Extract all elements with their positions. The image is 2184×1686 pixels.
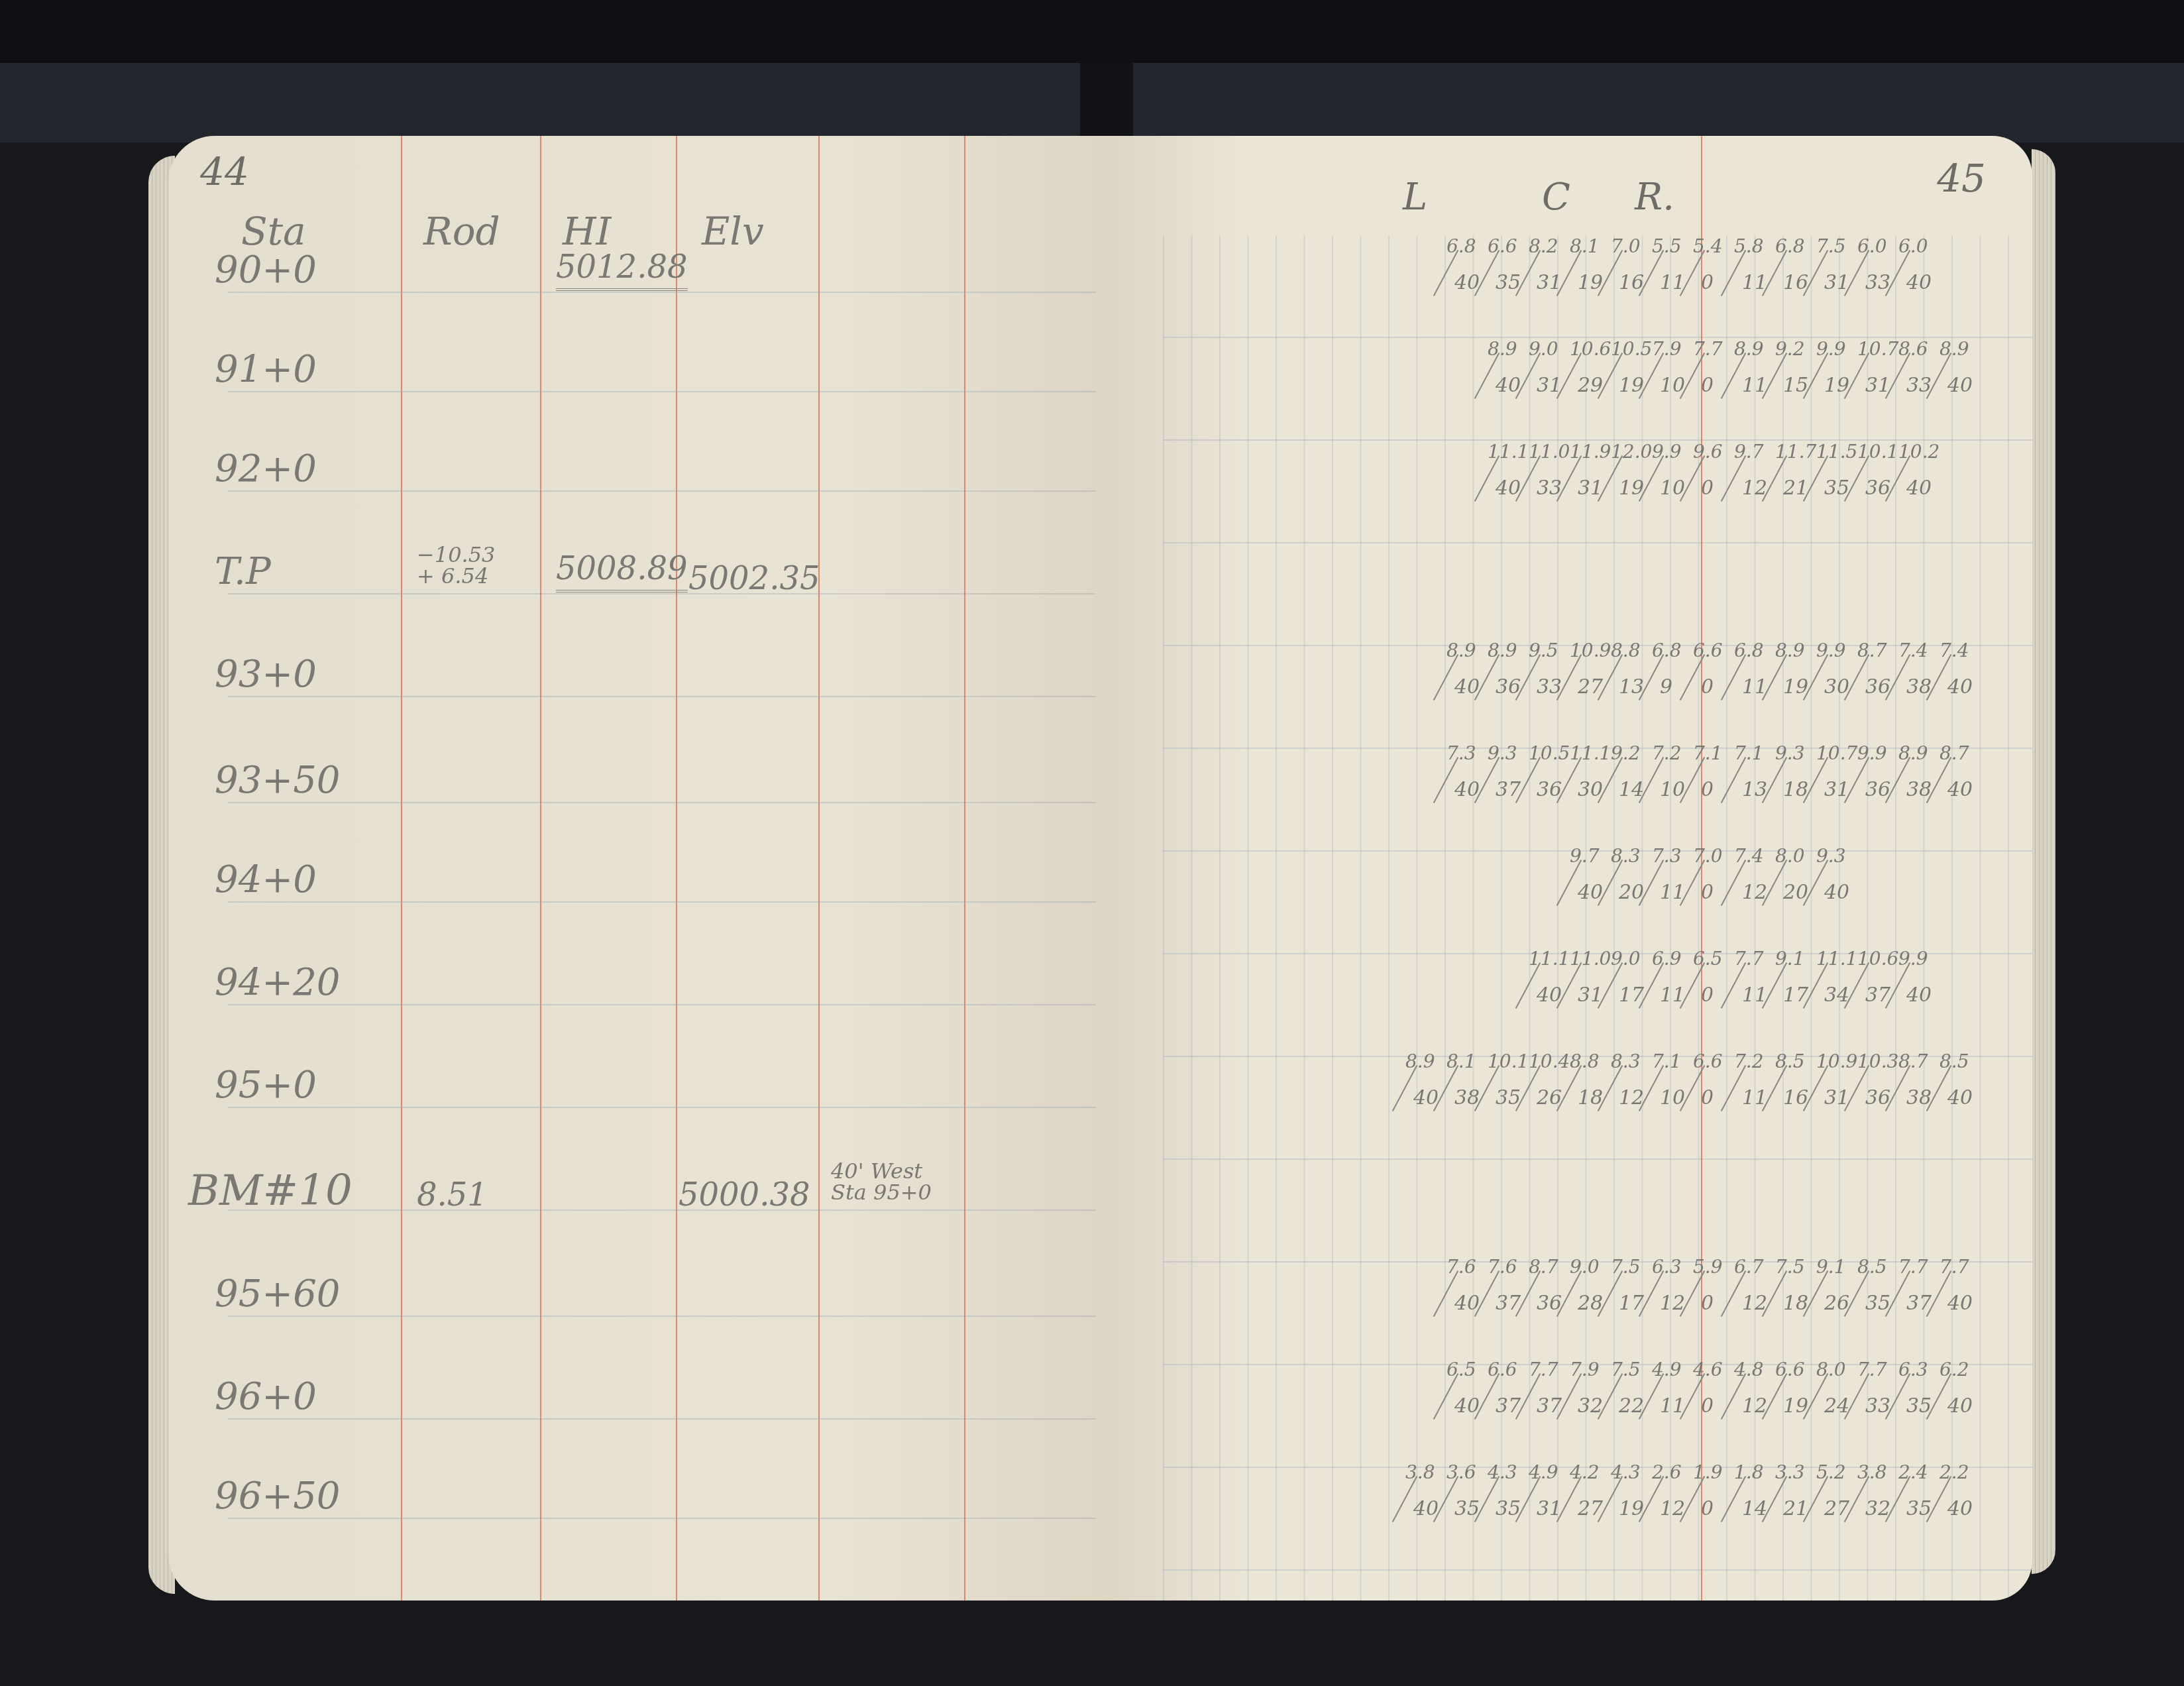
rod-height: 10.1 xyxy=(1488,1050,1529,1072)
ruled-line xyxy=(228,391,1096,392)
rod-height: 10.2 xyxy=(1898,441,1939,463)
rod-height: 7.5 xyxy=(1611,1256,1641,1278)
grade-reading: 8.540 xyxy=(1934,1050,1977,1130)
grade-reading: 9.712 xyxy=(1729,441,1771,520)
rod-height: 4.3 xyxy=(1488,1461,1517,1483)
rod-height: 9.9 xyxy=(1857,742,1887,764)
rod-height: 6.6 xyxy=(1693,640,1723,661)
offset-distance: 40 xyxy=(1824,881,1849,904)
grade-reading: 2.240 xyxy=(1934,1461,1977,1541)
grade-reading: 7.733 xyxy=(1852,1359,1894,1438)
rod-height: 8.6 xyxy=(1898,338,1928,360)
grade-reading: 7.438 xyxy=(1893,640,1936,719)
rod-height: 7.1 xyxy=(1734,742,1764,764)
offset-distance: 40 xyxy=(1906,271,1932,294)
cross-section-row-94-0: 9.7408.3207.3117.007.4128.0209.340 xyxy=(1105,845,2032,925)
grade-reading: 8.911 xyxy=(1729,338,1771,418)
offset-distance: 0 xyxy=(1701,881,1714,904)
station-label: T.P xyxy=(215,550,271,593)
grade-reading: 6.637 xyxy=(1482,1359,1525,1438)
ruled-line xyxy=(228,1418,1096,1420)
rod-foresight: + 6.54 xyxy=(417,565,488,587)
offset-distance: 0 xyxy=(1701,1086,1714,1109)
header-center: C xyxy=(1542,176,1570,219)
grade-reading: 4.812 xyxy=(1729,1359,1771,1438)
grade-reading: 1.90 xyxy=(1688,1461,1730,1541)
rod-height: 4.9 xyxy=(1529,1461,1558,1483)
offset-distance: 40 xyxy=(1947,1292,1973,1315)
cross-section-row-96-50: 3.8403.6354.3354.9314.2274.3192.6121.901… xyxy=(1105,1461,2032,1541)
grade-reading: 9.215 xyxy=(1770,338,1812,418)
rod-height: 1.9 xyxy=(1693,1461,1723,1483)
rod-height: 7.2 xyxy=(1652,742,1682,764)
rod-height: 9.1 xyxy=(1775,948,1805,970)
rod-height: 2.2 xyxy=(1939,1461,1969,1483)
grade-reading: 8.516 xyxy=(1770,1050,1812,1130)
grade-reading: 11.140 xyxy=(1523,948,1566,1027)
rod-height: 9.5 xyxy=(1529,640,1558,661)
offset-distance: 40 xyxy=(1906,477,1932,500)
ruled-line xyxy=(228,1209,1096,1211)
rod-height: 8.8 xyxy=(1611,640,1641,661)
grade-reading: 7.910 xyxy=(1647,338,1689,418)
grade-reading: 7.518 xyxy=(1770,1256,1812,1335)
grade-reading: 9.533 xyxy=(1523,640,1566,719)
grade-reading: 7.311 xyxy=(1647,845,1689,925)
grade-reading: 11.535 xyxy=(1811,441,1853,520)
grade-reading: 3.832 xyxy=(1852,1461,1894,1541)
station-label: BM#10 xyxy=(188,1166,353,1215)
open-notebook: 44 Sta Rod HI Elv 90+05012.8891+092+0T.P… xyxy=(154,136,2049,1601)
rod-height: 10.6 xyxy=(1857,948,1898,970)
grade-reading: 9.318 xyxy=(1770,742,1812,822)
grade-reading: 8.818 xyxy=(1564,1050,1607,1130)
rod-height: 8.8 xyxy=(1570,1050,1600,1072)
grade-reading: 10.136 xyxy=(1852,441,1894,520)
rod-height: 7.5 xyxy=(1775,1256,1805,1278)
grade-reading: 12.019 xyxy=(1606,441,1648,520)
rod-height: 7.6 xyxy=(1488,1256,1517,1278)
rod-height: 8.0 xyxy=(1775,845,1805,867)
rod-height: 6.0 xyxy=(1898,235,1928,257)
cross-section-row-90-0: 6.8406.6358.2318.1197.0165.5115.405.8116… xyxy=(1105,235,2032,315)
grade-reading: 11.130 xyxy=(1564,742,1607,822)
red-column-rule xyxy=(401,136,402,1601)
cross-section-row-96-0: 6.5406.6377.7377.9327.5224.9114.604.8126… xyxy=(1105,1359,2032,1438)
grade-reading: 7.10 xyxy=(1688,742,1730,822)
rod-height: 10.7 xyxy=(1816,742,1857,764)
offset-distance: 0 xyxy=(1701,1394,1714,1418)
grade-reading: 3.635 xyxy=(1441,1461,1484,1541)
grade-reading: 8.940 xyxy=(1400,1050,1443,1130)
background-top xyxy=(0,0,2184,73)
grade-reading: 7.737 xyxy=(1523,1359,1566,1438)
rod-height: 8.7 xyxy=(1857,640,1887,661)
rod-height: 7.7 xyxy=(1529,1359,1558,1380)
rod-height: 8.9 xyxy=(1734,338,1764,360)
grade-reading: 6.040 xyxy=(1893,235,1936,315)
grade-reading: 8.940 xyxy=(1441,640,1484,719)
rod-height: 7.7 xyxy=(1734,948,1764,970)
height-of-instrument: 5012.88 xyxy=(556,249,688,291)
grade-reading: 6.712 xyxy=(1729,1256,1771,1335)
rod-height: 3.8 xyxy=(1405,1461,1435,1483)
grade-reading: 5.40 xyxy=(1688,235,1730,315)
grade-reading: 6.811 xyxy=(1729,640,1771,719)
bench-mark-note: 40' West xyxy=(831,1160,922,1182)
rod-height: 6.5 xyxy=(1693,948,1723,970)
grade-reading: 10.519 xyxy=(1606,338,1648,418)
rod-height: 9.0 xyxy=(1570,1256,1600,1278)
grade-reading: 8.312 xyxy=(1606,1050,1648,1130)
rod-height: 10.9 xyxy=(1570,640,1611,661)
grade-reading: 7.740 xyxy=(1934,1256,1977,1335)
rod-height: 10.4 xyxy=(1529,1050,1570,1072)
rod-height: 8.2 xyxy=(1529,235,1558,257)
rod-backsight: −10.53 xyxy=(417,543,495,566)
rod-height: 9.9 xyxy=(1652,441,1682,463)
grade-reading: 9.940 xyxy=(1893,948,1936,1027)
rod-height: 6.8 xyxy=(1652,640,1682,661)
station-label: 91+0 xyxy=(215,348,317,391)
rod-height: 5.4 xyxy=(1693,235,1723,257)
rod-height: 9.9 xyxy=(1898,948,1928,970)
rod-height: 6.8 xyxy=(1734,640,1764,661)
rod-height: 7.7 xyxy=(1939,1256,1969,1278)
grade-reading: 10.731 xyxy=(1811,742,1853,822)
grade-reading: 9.936 xyxy=(1852,742,1894,822)
grade-reading: 11.134 xyxy=(1811,948,1853,1027)
left-page-level-notes: 44 Sta Rod HI Elv 90+05012.8891+092+0T.P… xyxy=(168,136,1105,1601)
grade-reading: 10.426 xyxy=(1523,1050,1566,1130)
grade-reading: 8.633 xyxy=(1893,338,1936,418)
offset-distance: 0 xyxy=(1701,675,1714,699)
rod-height: 8.5 xyxy=(1775,1050,1805,1072)
grade-reading: 7.932 xyxy=(1564,1359,1607,1438)
grade-reading: 7.711 xyxy=(1729,948,1771,1027)
rod-height: 6.6 xyxy=(1693,1050,1723,1072)
rod-height: 5.8 xyxy=(1734,235,1764,257)
cross-section-row-93-0: 8.9408.9369.53310.9278.8136.896.606.8118… xyxy=(1105,640,2032,719)
offset-distance: 40 xyxy=(1947,675,1973,699)
rod-height: 9.2 xyxy=(1611,742,1641,764)
red-column-rule xyxy=(676,136,677,1601)
rod-height: 10.7 xyxy=(1857,338,1898,360)
rod-height: 10.9 xyxy=(1816,1050,1857,1072)
rod-height: 6.7 xyxy=(1734,1256,1764,1278)
ruled-line xyxy=(228,1518,1096,1519)
rod-height: 7.4 xyxy=(1734,845,1764,867)
grade-reading: 9.337 xyxy=(1482,742,1525,822)
grade-reading: 7.70 xyxy=(1688,338,1730,418)
grade-reading: 8.740 xyxy=(1934,742,1977,822)
grade-reading: 9.126 xyxy=(1811,1256,1853,1335)
grade-reading: 11.140 xyxy=(1482,441,1525,520)
grade-reading: 6.50 xyxy=(1688,948,1730,1027)
rod-height: 6.3 xyxy=(1652,1256,1682,1278)
rod-height: 5.2 xyxy=(1816,1461,1846,1483)
rod-height: 6.6 xyxy=(1488,1359,1517,1380)
grade-reading: 8.936 xyxy=(1482,640,1525,719)
grade-reading: 7.210 xyxy=(1647,742,1689,822)
offset-distance: 0 xyxy=(1701,271,1714,294)
right-page-cross-sections: 45 L C R. 6.8406.6358.2318.1197.0165.511… xyxy=(1105,136,2032,1601)
spine-clip xyxy=(1080,63,1133,146)
rod-height: 7.3 xyxy=(1447,742,1476,764)
rod-height: 11.7 xyxy=(1775,441,1816,463)
cross-section-row-95-0: 8.9408.13810.13510.4268.8188.3127.1106.6… xyxy=(1105,1050,2032,1130)
rod-height: 8.7 xyxy=(1529,1256,1558,1278)
grade-reading: 8.138 xyxy=(1441,1050,1484,1130)
ruled-line xyxy=(228,1107,1096,1108)
grade-reading: 9.919 xyxy=(1811,338,1853,418)
grade-reading: 6.89 xyxy=(1647,640,1689,719)
grade-reading: 8.738 xyxy=(1893,1050,1936,1130)
rod-height: 9.0 xyxy=(1611,948,1641,970)
grade-reading: 11.721 xyxy=(1770,441,1812,520)
page-number-left: 44 xyxy=(200,149,249,194)
grade-reading: 5.811 xyxy=(1729,235,1771,315)
grade-reading: 6.816 xyxy=(1770,235,1812,315)
grade-reading: 10.731 xyxy=(1852,338,1894,418)
offset-distance: 0 xyxy=(1701,374,1714,397)
grade-reading: 8.938 xyxy=(1893,742,1936,822)
grade-reading: 4.931 xyxy=(1523,1461,1566,1541)
station-label: 95+60 xyxy=(215,1272,340,1316)
station-label: 93+0 xyxy=(215,653,317,696)
rod-height: 12.0 xyxy=(1611,441,1652,463)
offset-distance: 40 xyxy=(1947,1086,1973,1109)
grade-reading: 5.511 xyxy=(1647,235,1689,315)
rod-height: 8.3 xyxy=(1611,1050,1641,1072)
cross-section-row-94-20: 11.14011.0319.0176.9116.507.7119.11711.1… xyxy=(1105,948,2032,1027)
grade-reading: 6.540 xyxy=(1441,1359,1484,1438)
rod-height: 11.1 xyxy=(1816,948,1857,970)
grade-reading: 8.320 xyxy=(1606,845,1648,925)
station-label: 96+0 xyxy=(215,1375,317,1418)
grade-reading: 2.612 xyxy=(1647,1461,1689,1541)
rod-height: 7.4 xyxy=(1898,640,1928,661)
offset-distance: 40 xyxy=(1947,1394,1973,1418)
rod-height: 2.6 xyxy=(1652,1461,1682,1483)
rod-height: 10.5 xyxy=(1611,338,1652,360)
rod-height: 6.3 xyxy=(1898,1359,1928,1380)
rod-height: 8.9 xyxy=(1898,742,1928,764)
rod-height: 3.3 xyxy=(1775,1461,1805,1483)
rod-height: 6.8 xyxy=(1447,235,1476,257)
grade-reading: 8.736 xyxy=(1523,1256,1566,1335)
grade-reading: 6.60 xyxy=(1688,1050,1730,1130)
station-label: 90+0 xyxy=(215,249,317,292)
red-column-rule xyxy=(540,136,541,1601)
rod-height: 8.9 xyxy=(1488,640,1517,661)
grade-reading: 9.017 xyxy=(1606,948,1648,1027)
grade-reading: 8.020 xyxy=(1770,845,1812,925)
grade-reading: 7.517 xyxy=(1606,1256,1648,1335)
grade-reading: 6.312 xyxy=(1647,1256,1689,1335)
grade-reading: 8.231 xyxy=(1523,235,1566,315)
rod-height: 4.6 xyxy=(1693,1359,1723,1380)
header-elv: Elv xyxy=(702,209,764,254)
grade-reading: 6.033 xyxy=(1852,235,1894,315)
rod-height: 4.3 xyxy=(1611,1461,1641,1483)
station-label: 94+20 xyxy=(215,961,340,1004)
grade-reading: 9.740 xyxy=(1564,845,1607,925)
red-column-rule xyxy=(818,136,820,1601)
rod-reading: 8.51 xyxy=(417,1176,488,1213)
page-number-right: 45 xyxy=(1937,156,1986,201)
rod-height: 8.9 xyxy=(1447,640,1476,661)
grade-reading: 8.119 xyxy=(1564,235,1607,315)
grade-reading: 5.90 xyxy=(1688,1256,1730,1335)
rod-height: 7.2 xyxy=(1734,1050,1764,1072)
rod-height: 7.5 xyxy=(1611,1359,1641,1380)
header-hi: HI xyxy=(563,209,612,254)
rod-height: 7.9 xyxy=(1570,1359,1600,1380)
rod-height: 10.3 xyxy=(1857,1050,1898,1072)
ruled-line xyxy=(228,901,1096,903)
ruled-line xyxy=(228,1316,1096,1317)
rod-height: 11.1 xyxy=(1488,441,1529,463)
rod-height: 3.6 xyxy=(1447,1461,1476,1483)
grade-reading: 10.931 xyxy=(1811,1050,1853,1130)
grade-reading: 10.240 xyxy=(1893,441,1936,520)
rod-height: 8.0 xyxy=(1816,1359,1846,1380)
grade-reading: 4.60 xyxy=(1688,1359,1730,1438)
grade-reading: 8.940 xyxy=(1482,338,1525,418)
station-label: 93+50 xyxy=(215,759,340,802)
grade-reading: 7.211 xyxy=(1729,1050,1771,1130)
grade-reading: 7.440 xyxy=(1934,640,1977,719)
offset-distance: 0 xyxy=(1701,983,1714,1007)
offset-distance: 9 xyxy=(1660,675,1672,699)
rod-height: 10.5 xyxy=(1529,742,1570,764)
header-sta: Sta xyxy=(241,209,306,254)
rod-height: 9.7 xyxy=(1734,441,1764,463)
grade-reading: 4.335 xyxy=(1482,1461,1525,1541)
rod-height: 7.6 xyxy=(1447,1256,1476,1278)
ruled-line xyxy=(228,1004,1096,1005)
rod-height: 6.9 xyxy=(1652,948,1682,970)
grade-reading: 4.227 xyxy=(1564,1461,1607,1541)
rod-height: 8.9 xyxy=(1488,338,1517,360)
station-label: 92+0 xyxy=(215,447,317,490)
grade-reading: 7.016 xyxy=(1606,235,1648,315)
rod-height: 8.9 xyxy=(1775,640,1805,661)
red-column-rule xyxy=(964,136,965,1601)
grade-reading: 4.911 xyxy=(1647,1359,1689,1438)
grade-reading: 8.535 xyxy=(1852,1256,1894,1335)
grade-reading: 7.640 xyxy=(1441,1256,1484,1335)
rod-height: 7.4 xyxy=(1939,640,1969,661)
page-edges-right xyxy=(2032,149,2055,1574)
grade-reading: 10.135 xyxy=(1482,1050,1525,1130)
rod-height: 2.4 xyxy=(1898,1461,1928,1483)
rod-height: 8.1 xyxy=(1447,1050,1476,1072)
grade-reading: 7.110 xyxy=(1647,1050,1689,1130)
grade-reading: 9.910 xyxy=(1647,441,1689,520)
grade-reading: 6.619 xyxy=(1770,1359,1812,1438)
rod-height: 6.6 xyxy=(1775,1359,1805,1380)
grade-reading: 9.031 xyxy=(1523,338,1566,418)
grade-reading: 11.031 xyxy=(1564,948,1607,1027)
rod-height: 8.9 xyxy=(1405,1050,1435,1072)
elevation-value: 5002.35 xyxy=(688,560,820,597)
rod-height: 7.0 xyxy=(1693,845,1723,867)
grade-reading: 7.737 xyxy=(1893,1256,1936,1335)
grade-reading: 6.335 xyxy=(1893,1359,1936,1438)
cross-section-row-91-0: 8.9409.03110.62910.5197.9107.708.9119.21… xyxy=(1105,338,2032,418)
station-label: 96+50 xyxy=(215,1475,340,1518)
grade-reading: 9.028 xyxy=(1564,1256,1607,1335)
rod-height: 8.5 xyxy=(1857,1256,1887,1278)
grade-reading: 9.340 xyxy=(1811,845,1853,925)
grade-reading: 6.840 xyxy=(1441,235,1484,315)
bench-mark-note: Sta 95+0 xyxy=(831,1181,932,1204)
offset-distance: 40 xyxy=(1947,1497,1973,1520)
grade-reading: 2.435 xyxy=(1893,1461,1936,1541)
grade-reading: 10.637 xyxy=(1852,948,1894,1027)
offset-distance: 40 xyxy=(1947,374,1973,397)
grade-reading: 7.637 xyxy=(1482,1256,1525,1335)
station-label: 95+0 xyxy=(215,1064,317,1107)
grade-reading: 8.813 xyxy=(1606,640,1648,719)
grade-reading: 3.840 xyxy=(1400,1461,1443,1541)
rod-height: 10.1 xyxy=(1857,441,1898,463)
rod-height: 6.6 xyxy=(1488,235,1517,257)
offset-distance: 0 xyxy=(1701,778,1714,801)
grade-reading: 7.531 xyxy=(1811,235,1853,315)
rod-height: 9.6 xyxy=(1693,441,1723,463)
rod-height: 11.0 xyxy=(1570,948,1611,970)
rod-height: 11.1 xyxy=(1570,742,1611,764)
cross-section-row-93-50: 7.3409.33710.53611.1309.2147.2107.107.11… xyxy=(1105,742,2032,822)
rod-height: 9.9 xyxy=(1816,640,1846,661)
elevation-value: 5000.38 xyxy=(679,1176,810,1213)
grade-reading: 7.113 xyxy=(1729,742,1771,822)
cross-section-row-95-60: 7.6407.6378.7369.0287.5176.3125.906.7127… xyxy=(1105,1256,2032,1335)
rod-height: 9.0 xyxy=(1529,338,1558,360)
grade-reading: 9.117 xyxy=(1770,948,1812,1027)
header-right: R. xyxy=(1635,176,1674,219)
grade-reading: 7.00 xyxy=(1688,845,1730,925)
rod-height: 11.1 xyxy=(1529,948,1570,970)
rod-height: 8.7 xyxy=(1898,1050,1928,1072)
rod-height: 11.5 xyxy=(1816,441,1857,463)
rod-height: 8.7 xyxy=(1939,742,1969,764)
rod-height: 4.8 xyxy=(1734,1359,1764,1380)
grade-reading: 8.024 xyxy=(1811,1359,1853,1438)
offset-distance: 0 xyxy=(1701,1292,1714,1315)
offset-distance: 0 xyxy=(1701,1497,1714,1520)
grade-reading: 9.930 xyxy=(1811,640,1853,719)
ruled-line xyxy=(228,696,1096,697)
rod-height: 8.9 xyxy=(1939,338,1969,360)
rod-height: 7.9 xyxy=(1652,338,1682,360)
grade-reading: 6.60 xyxy=(1688,640,1730,719)
rod-height: 11.0 xyxy=(1529,441,1570,463)
grade-reading: 7.340 xyxy=(1441,742,1484,822)
rod-height: 3.8 xyxy=(1857,1461,1887,1483)
rod-height: 7.7 xyxy=(1898,1256,1928,1278)
height-of-instrument: 5008.89 xyxy=(556,550,688,592)
grade-reading: 6.240 xyxy=(1934,1359,1977,1438)
grade-reading: 6.911 xyxy=(1647,948,1689,1027)
grade-reading: 3.321 xyxy=(1770,1461,1812,1541)
rod-height: 8.1 xyxy=(1570,235,1600,257)
offset-distance: 40 xyxy=(1947,778,1973,801)
cross-section-row-92-0: 11.14011.03311.93112.0199.9109.609.71211… xyxy=(1105,441,2032,520)
